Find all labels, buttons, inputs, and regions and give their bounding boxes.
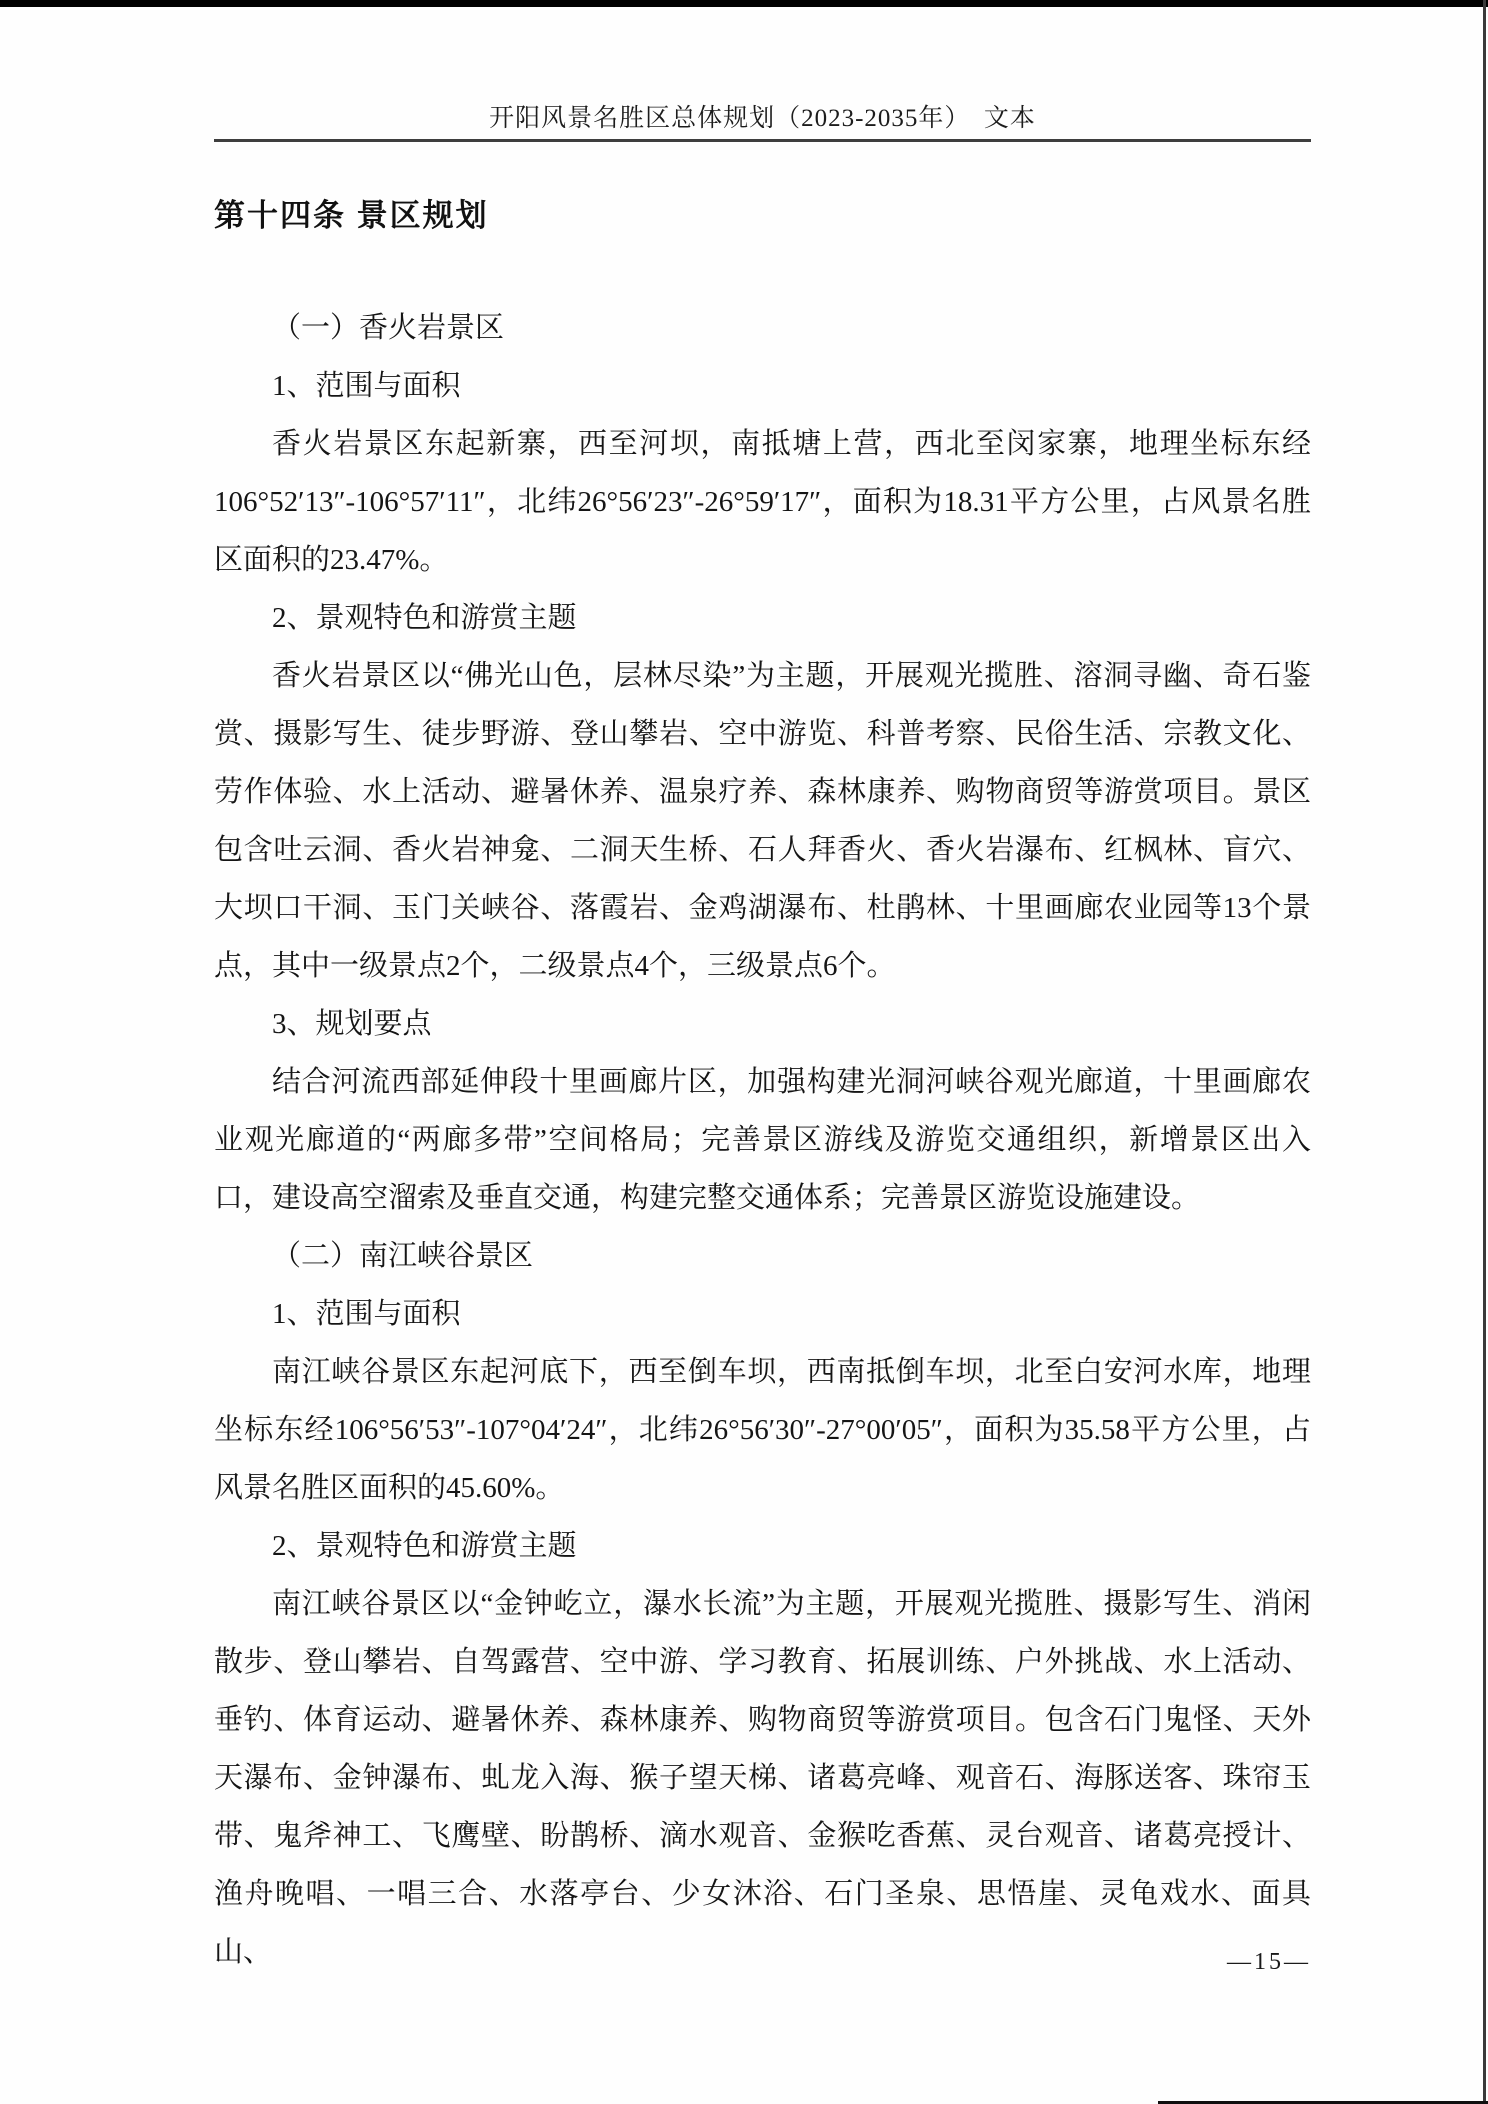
- paragraph-2: 1、范围与面积: [214, 357, 1311, 415]
- paragraph-11: 2、景观特色和游赏主题: [214, 1517, 1311, 1575]
- paragraph-6: 3、规划要点: [214, 995, 1311, 1053]
- paragraph-12: 南江峡谷景区以“金钟屹立，瀑水长流”为主题，开展观光揽胜、摄影写生、消闲散步、登…: [214, 1575, 1311, 1981]
- paragraph-7: 结合河流西部延伸段十里画廊片区，加强构建光洞河峡谷观光廊道，十里画廊农业观光廊道…: [214, 1053, 1311, 1227]
- body-paragraphs: （一）香火岩景区1、范围与面积香火岩景区东起新寨，西至河坝，南抵塘上营，西北至闵…: [214, 299, 1311, 1981]
- paragraph-9: 1、范围与面积: [214, 1285, 1311, 1343]
- paragraph-8: （二）南江峡谷景区: [214, 1227, 1311, 1285]
- header-rule: [214, 139, 1311, 142]
- paragraph-10: 南江峡谷景区东起河底下，西至倒车坝，西南抵倒车坝，北至白安河水库，地理坐标东经1…: [214, 1343, 1311, 1517]
- chapter-heading: 第十四条 景区规划: [214, 195, 1311, 237]
- document-page: 开阳风景名胜区总体规划（2023-2035年） 文本 第十四条 景区规划 （一）…: [0, 0, 1488, 2104]
- paragraph-4: 2、景观特色和游赏主题: [214, 589, 1311, 647]
- page-content: 开阳风景名胜区总体规划（2023-2035年） 文本 第十四条 景区规划 （一）…: [214, 0, 1311, 2104]
- scan-right-edge-artifact: [1483, 0, 1486, 2104]
- paragraph-5: 香火岩景区以“佛光山色，层林尽染”为主题，开展观光揽胜、溶洞寻幽、奇石鉴赏、摄影…: [214, 647, 1311, 995]
- page-number: —15—: [214, 1948, 1311, 1976]
- running-header-title: 开阳风景名胜区总体规划（2023-2035年） 文本: [214, 104, 1311, 134]
- paragraph-3: 香火岩景区东起新寨，西至河坝，南抵塘上营，西北至闵家寨，地理坐标东经106°52…: [214, 415, 1311, 589]
- paragraph-1: （一）香火岩景区: [214, 299, 1311, 357]
